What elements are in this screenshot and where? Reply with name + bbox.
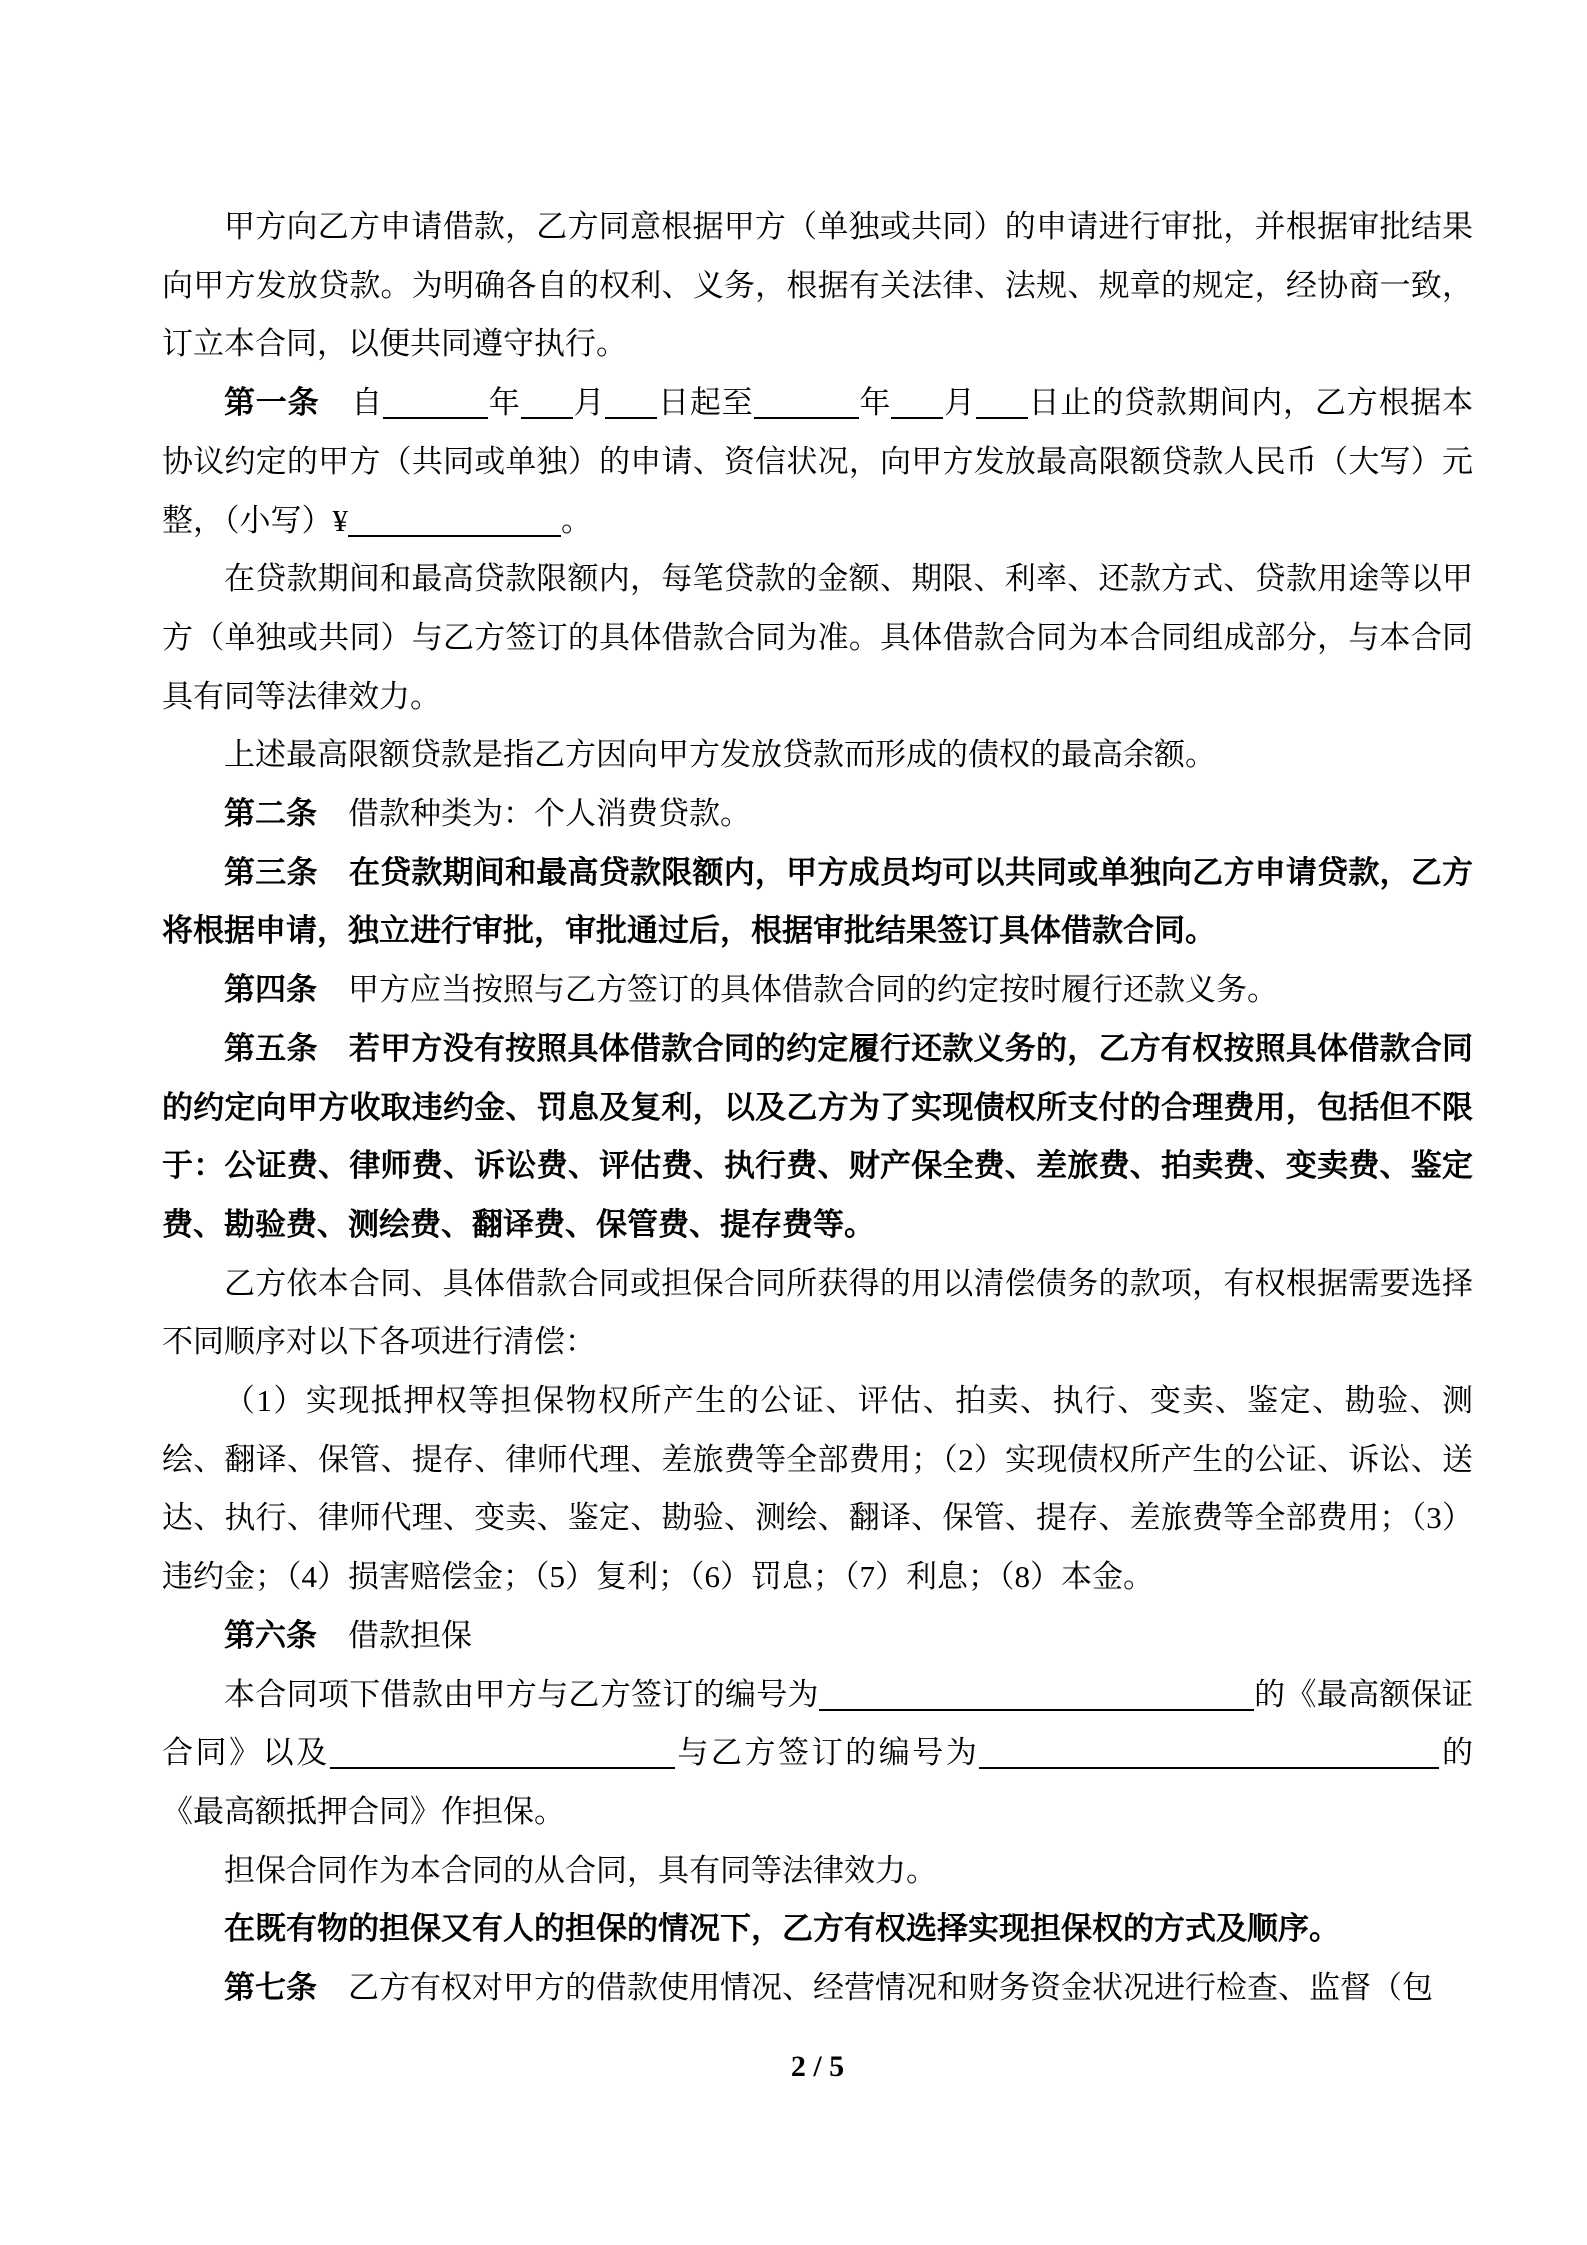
blank-underline (383, 411, 488, 419)
text-run: 甲方应当按照与乙方签订的具体借款合同的约定按时履行还款义务。 (317, 972, 1278, 1007)
text-run: （1）实现抵押权等担保物权所产生的公证、评估、拍卖、执行、变卖、鉴定、勘验、测绘… (162, 1383, 1473, 1594)
document-body: 甲方向乙方申请借款，乙方同意根据甲方（单独或共同）的申请进行审批，并根据审批结果… (162, 198, 1473, 2018)
text-run: 在贷款期间和最高贷款限额内，每笔贷款的金额、期限、利率、还款方式、贷款用途等以甲… (162, 561, 1473, 713)
bold-text-run: 在既有物的担保又有人的担保的情况下，乙方有权选择实现担保权的方式及顺序。 (224, 1911, 1340, 1946)
blank-underline (605, 411, 657, 419)
bold-text-run: 第二条 (224, 796, 317, 831)
blank-underline (819, 1703, 1254, 1711)
paragraph: 在贷款期间和最高贷款限额内，每笔贷款的金额、期限、利率、还款方式、贷款用途等以甲… (162, 550, 1473, 726)
text-run: 借款担保 (317, 1618, 472, 1653)
bold-text-run: 第七条 (224, 1970, 317, 2005)
bold-text-run: 第一条 (224, 385, 319, 420)
blank-underline (976, 411, 1028, 419)
bold-text-run: 第五条 若甲方没有按照具体借款合同的约定履行还款义务的，乙方有权按照具体借款合同… (162, 1031, 1473, 1242)
blank-underline (754, 411, 859, 419)
paragraph: 乙方依本合同、具体借款合同或担保合同所获得的用以清偿债务的款项，有权根据需要选择… (162, 1255, 1473, 1372)
text-run: 乙方依本合同、具体借款合同或担保合同所获得的用以清偿债务的款项，有权根据需要选择… (162, 1266, 1473, 1360)
blank-underline (891, 411, 943, 419)
text-run: 月 (573, 385, 606, 420)
document-page: 甲方向乙方申请借款，乙方同意根据甲方（单独或共同）的申请进行审批，并根据审批结果… (0, 0, 1587, 2245)
paragraph: 第七条 乙方有权对甲方的借款使用情况、经营情况和财务资金状况进行检查、监督（包 (162, 1959, 1473, 2018)
paragraph: 在既有物的担保又有人的担保的情况下，乙方有权选择实现担保权的方式及顺序。 (162, 1900, 1473, 1959)
page-number: 2 / 5 (162, 2048, 1473, 2086)
text-run: 担保合同作为本合同的从合同，具有同等法律效力。 (224, 1853, 937, 1888)
paragraph: 甲方向乙方申请借款，乙方同意根据甲方（单独或共同）的申请进行审批，并根据审批结果… (162, 198, 1473, 374)
paragraph: 担保合同作为本合同的从合同，具有同等法律效力。 (162, 1842, 1473, 1901)
text-run: 年 (488, 385, 521, 420)
paragraph: 第三条 在贷款期间和最高贷款限额内，甲方成员均可以共同或单独向乙方申请贷款，乙方… (162, 844, 1473, 961)
paragraph: 第二条 借款种类为：个人消费贷款。 (162, 785, 1473, 844)
paragraph: 第一条 自年月日起至年月日止的贷款期间内，乙方根据本协议约定的甲方（共同或单独）… (162, 374, 1473, 550)
text-run: 本合同项下借款由甲方与乙方签订的编号为 (224, 1677, 819, 1712)
text-run: 借款种类为：个人消费贷款。 (317, 796, 751, 831)
paragraph: （1）实现抵押权等担保物权所产生的公证、评估、拍卖、执行、变卖、鉴定、勘验、测绘… (162, 1372, 1473, 1607)
paragraph: 第六条 借款担保 (162, 1607, 1473, 1666)
paragraph: 第四条 甲方应当按照与乙方签订的具体借款合同的约定按时履行还款义务。 (162, 961, 1473, 1020)
bold-text-run: 第六条 (224, 1618, 317, 1653)
text-run: 月 (943, 385, 976, 420)
bold-text-run: 第四条 (224, 972, 317, 1007)
text-run: 乙方有权对甲方的借款使用情况、经营情况和财务资金状况进行检查、监督（包 (317, 1970, 1433, 2005)
text-run: 年 (859, 385, 892, 420)
paragraph: 第五条 若甲方没有按照具体借款合同的约定履行还款义务的，乙方有权按照具体借款合同… (162, 1020, 1473, 1255)
text-run: 自 (319, 385, 383, 420)
paragraph: 本合同项下借款由甲方与乙方签订的编号为的《最高额保证合同》以及与乙方签订的编号为… (162, 1666, 1473, 1842)
text-run: 与乙方签订的编号为 (675, 1735, 980, 1770)
blank-underline (348, 529, 561, 537)
text-run: 上述最高限额贷款是指乙方因向甲方发放贷款而形成的债权的最高余额。 (224, 737, 1216, 772)
blank-underline (330, 1761, 675, 1769)
blank-underline (979, 1761, 1439, 1769)
paragraph: 上述最高限额贷款是指乙方因向甲方发放贷款而形成的债权的最高余额。 (162, 726, 1473, 785)
text-run: 日起至 (657, 385, 753, 420)
text-run: 甲方向乙方申请借款，乙方同意根据甲方（单独或共同）的申请进行审批，并根据审批结果… (162, 209, 1473, 361)
text-run: 。 (561, 503, 592, 538)
bold-text-run: 第三条 在贷款期间和最高贷款限额内，甲方成员均可以共同或单独向乙方申请贷款，乙方… (162, 855, 1473, 949)
blank-underline (521, 411, 573, 419)
